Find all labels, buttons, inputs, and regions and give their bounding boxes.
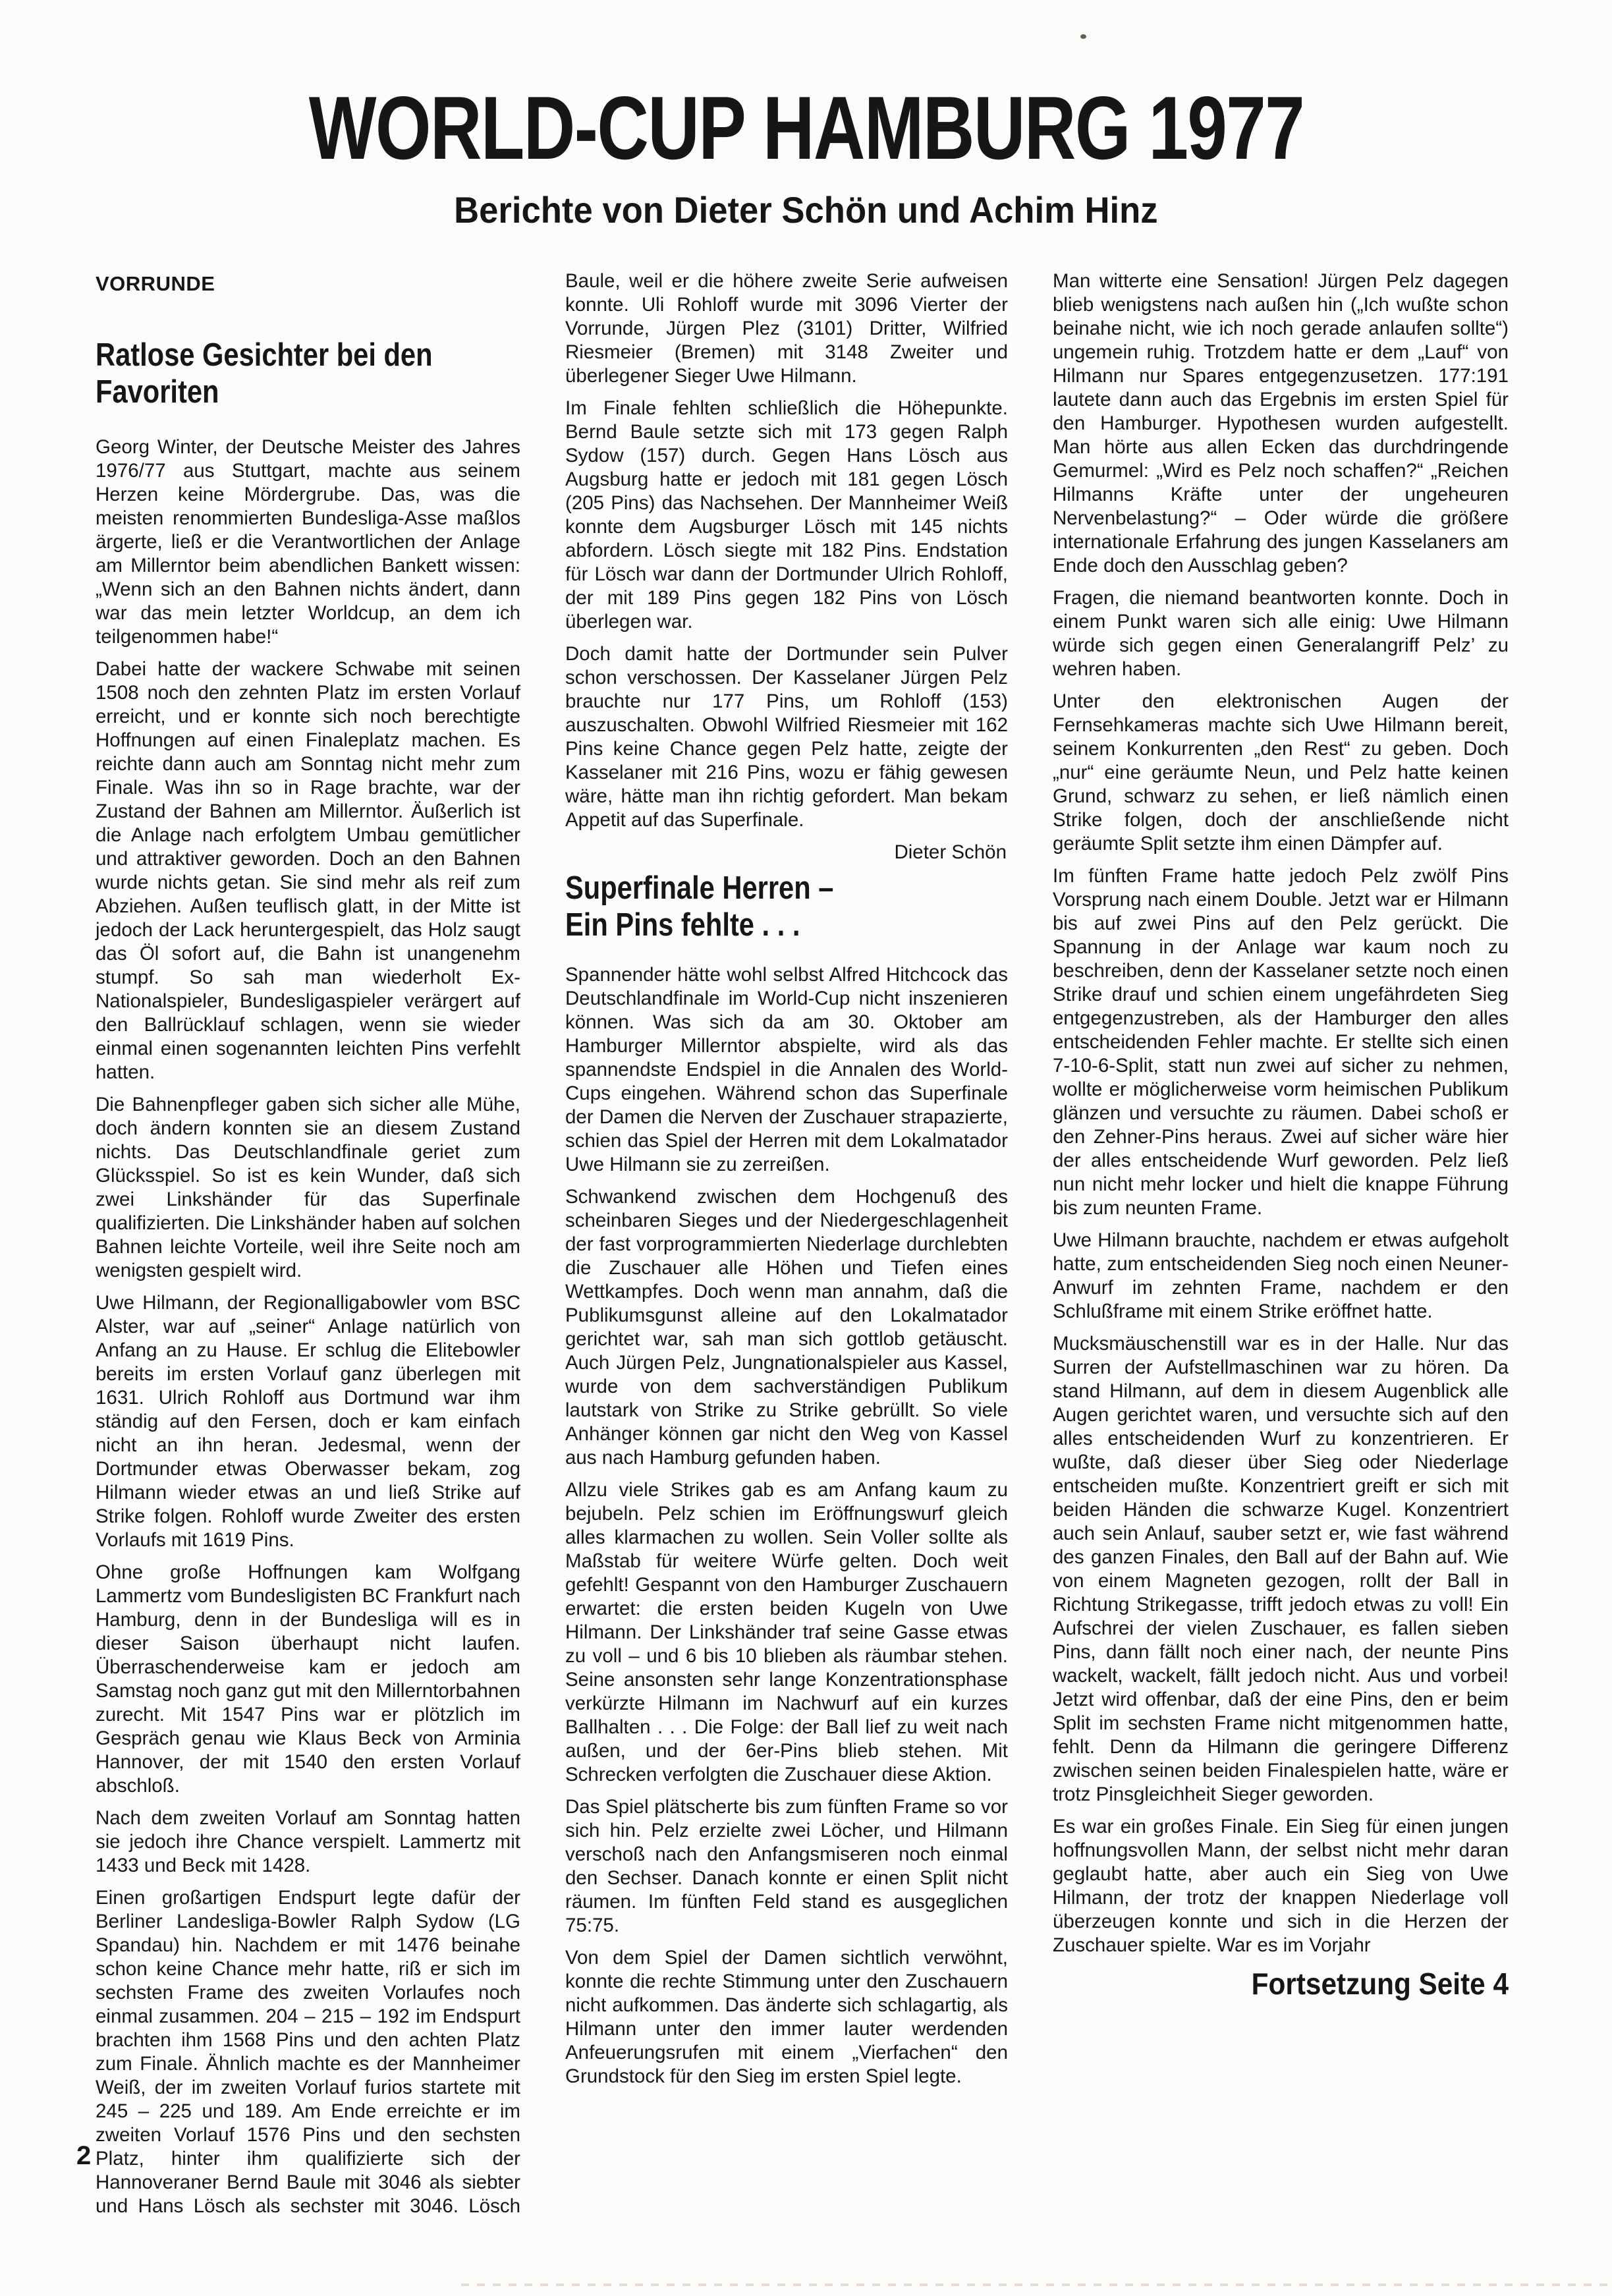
scan-artifact-band bbox=[461, 2283, 1612, 2286]
paragraph: Die Bahnenpfleger gaben sich sicher alle… bbox=[96, 1093, 520, 1283]
paragraph: Ohne große Hoffnungen kam Wolfgang Lamme… bbox=[96, 1561, 520, 1798]
paragraph: Nach dem zweiten Vorlauf am Sonntag hatt… bbox=[96, 1806, 520, 1878]
continuation-note: Fortsetzung Seite 4 bbox=[1089, 1966, 1509, 2002]
paragraph: Baule, weil er die höhere zweite Serie a… bbox=[565, 269, 1008, 388]
page-title: WORLD-CUP HAMBURG 1977 bbox=[0, 83, 1612, 173]
paragraph: Doch damit hatte der Dortmunder sein Pul… bbox=[565, 642, 1008, 832]
superfinale-heading-line2: Ein Pins fehlte . . . bbox=[565, 907, 800, 943]
paragraph: Uwe Hilmann brauchte, nachdem er etwas a… bbox=[1053, 1229, 1509, 1324]
article-heading-line1: Ratlose Gesichter bei den bbox=[96, 337, 433, 373]
paragraph: Georg Winter, der Deutsche Meister des J… bbox=[96, 435, 520, 649]
article-text-middle-bottom: Spannender hätte wohl selbst Alfred Hitc… bbox=[565, 963, 1008, 2088]
scan-speck-artifact bbox=[1080, 34, 1086, 39]
page-number: 2 bbox=[76, 2141, 91, 2171]
column-left: VORRUNDE Ratlose Gesichter bei den Favor… bbox=[96, 269, 520, 2220]
paragraph: Allzu viele Strikes gab es am Anfang kau… bbox=[565, 1478, 1008, 1787]
paragraph: Man witterte eine Sensation! Jürgen Pelz… bbox=[1053, 269, 1509, 578]
paragraph: Von dem Spiel der Damen sichtlich verwöh… bbox=[565, 1946, 1008, 2088]
section-kicker: VORRUNDE bbox=[96, 272, 520, 296]
paragraph: Mucksmäuschenstill war es in der Halle. … bbox=[1053, 1332, 1509, 1806]
paragraph: Im Finale fehlten schließlich die Höhepu… bbox=[565, 397, 1008, 634]
paragraph: Im fünften Frame hatte jedoch Pelz zwölf… bbox=[1053, 864, 1509, 1220]
paragraph: Einen großartigen Endspurt legte dafür d… bbox=[96, 1886, 520, 2220]
page-title-text: WORLD-CUP HAMBURG 1977 bbox=[308, 83, 1303, 173]
paragraph: Es war ein großes Finale. Ein Sieg für e… bbox=[1053, 1815, 1509, 1957]
article-heading: Ratlose Gesichter bei den Favoriten bbox=[96, 337, 457, 410]
column-middle: Baule, weil er die höhere zweite Serie a… bbox=[565, 269, 1008, 2220]
column-right: Man witterte eine Sensation! Jürgen Pelz… bbox=[1053, 269, 1509, 2220]
article-columns: VORRUNDE Ratlose Gesichter bei den Favor… bbox=[0, 269, 1612, 2220]
article-heading-line2: Favoriten bbox=[96, 374, 219, 410]
page-subtitle-text: Berichte von Dieter Schön und Achim Hinz bbox=[454, 188, 1158, 231]
superfinale-heading-line1: Superfinale Herren – bbox=[565, 870, 833, 906]
article-text-left: Georg Winter, der Deutsche Meister des J… bbox=[96, 435, 520, 2220]
paragraph: Spannender hätte wohl selbst Alfred Hitc… bbox=[565, 963, 1008, 1177]
page: WORLD-CUP HAMBURG 1977 Berichte von Diet… bbox=[0, 0, 1612, 2296]
article-text-right: Man witterte eine Sensation! Jürgen Pelz… bbox=[1053, 269, 1509, 1957]
magazine-page-scan: { "colors": { "paper": "#fcfcfa", "ink":… bbox=[0, 0, 1612, 2296]
article-text-middle-top: Baule, weil er die höhere zweite Serie a… bbox=[565, 269, 1008, 832]
paragraph: Unter den elektronischen Augen der Ferns… bbox=[1053, 690, 1509, 856]
paragraph: Dabei hatte der wackere Schwabe mit sein… bbox=[96, 658, 520, 1084]
paragraph: Das Spiel plätscherte bis zum fünften Fr… bbox=[565, 1795, 1008, 1938]
page-header: WORLD-CUP HAMBURG 1977 Berichte von Diet… bbox=[0, 0, 1612, 231]
page-subtitle: Berichte von Dieter Schön und Achim Hinz bbox=[0, 188, 1612, 231]
paragraph: Schwankend zwischen dem Hochgenuß des sc… bbox=[565, 1185, 1008, 1470]
paragraph: Uwe Hilmann, der Regionalligabowler vom … bbox=[96, 1291, 520, 1552]
author-signature: Dieter Schön bbox=[565, 841, 1007, 864]
superfinale-heading: Superfinale Herren – Ein Pins fehlte . .… bbox=[565, 870, 941, 943]
paragraph: Fragen, die niemand beantworten konnte. … bbox=[1053, 586, 1509, 681]
